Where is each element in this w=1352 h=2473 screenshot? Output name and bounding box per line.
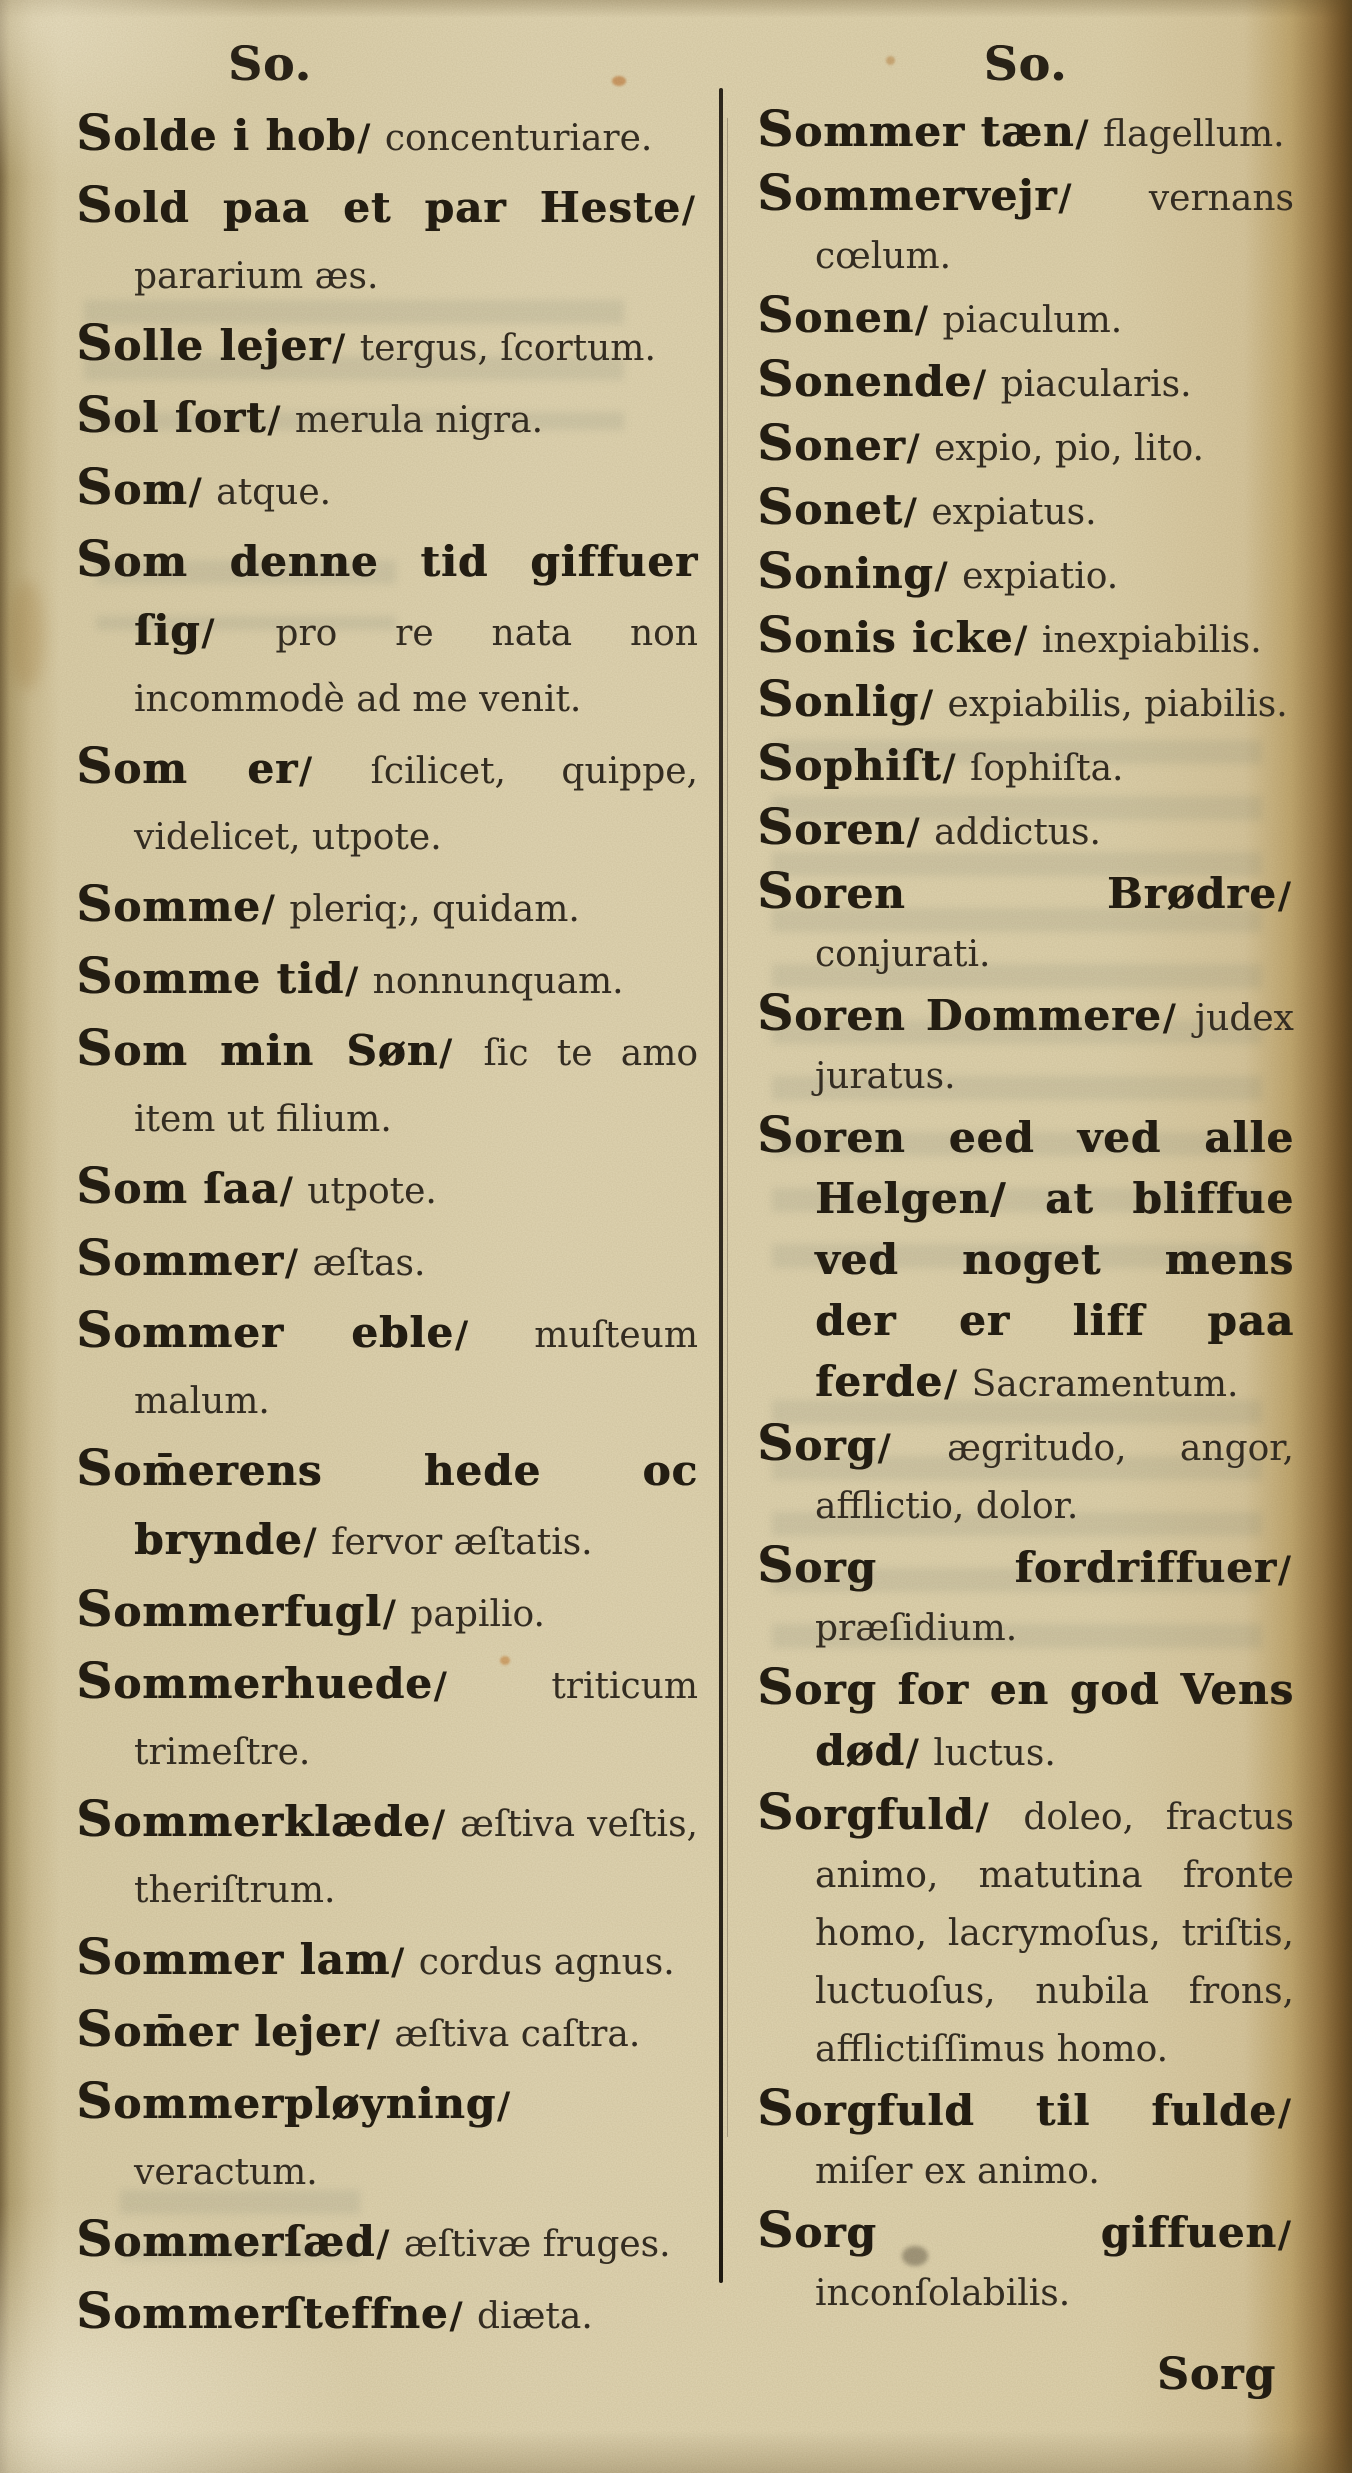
latin-translation: expiabilis, piabilis.	[936, 684, 1288, 725]
headword-initial: S	[76, 2281, 113, 2340]
headword: Sommer lam	[76, 1935, 390, 1984]
separator-slash: /	[344, 960, 361, 1002]
separator-slash: /	[448, 2295, 465, 2337]
latin-translation: addictus.	[923, 812, 1101, 853]
headword: Sorgfuld til fulde	[757, 2086, 1277, 2135]
dictionary-entry: Sonlig/ expiabilis, piabilis.	[757, 670, 1294, 734]
headword-initial: S	[757, 99, 794, 158]
headword-initial: S	[757, 1782, 794, 1841]
separator-slash: /	[188, 471, 205, 513]
dictionary-entry: Som denne tid giffuer ſig/ pro re nata n…	[76, 526, 698, 733]
scanned-page: So. Solde i hob/ concenturiare.Sold paa …	[0, 0, 1352, 2473]
dictionary-entry: Som̄erens hede oc brynde/ fervor æſtatis…	[76, 1435, 698, 1576]
separator-slash: /	[431, 1803, 448, 1845]
latin-translation: æſtiva caſtra.	[383, 2014, 640, 2055]
dictionary-entry: Sonis icke/ inexpiabilis.	[757, 606, 1294, 670]
dictionary-entry: Solle lejer/ tergus, ſcortum.	[76, 310, 698, 382]
separator-slash: /	[266, 399, 283, 441]
headword-initial: S	[757, 2078, 794, 2137]
headword: Sonet	[757, 485, 903, 534]
separator-slash: /	[1013, 619, 1030, 661]
headword-initial: S	[76, 1651, 113, 1710]
headword: Sommer tæn	[757, 107, 1074, 156]
dictionary-entry: Soren Brødre/ conjurati.	[757, 862, 1294, 984]
dictionary-entry: Sommervejr/ vernans cœlum.	[757, 164, 1294, 286]
right-column: So. Sommer tæn/ flagellum.Sommervejr/ ve…	[757, 34, 1294, 2400]
latin-translation: piaculum.	[931, 300, 1122, 341]
latin-translation: veractum.	[134, 2152, 318, 2193]
headword-initial: S	[76, 175, 113, 234]
dictionary-entry: Sommerſteffne/ diæta.	[76, 2278, 698, 2350]
latin-translation: cordus agnus.	[407, 1942, 674, 1983]
separator-slash: /	[1277, 1549, 1294, 1591]
column-divider-rule	[719, 88, 723, 2283]
dictionary-entry: Sommer lam/ cordus agnus.	[76, 1924, 698, 1996]
latin-translation: pleriq;, quidam.	[278, 889, 580, 930]
dictionary-entry: Som ſaa/ utpote.	[76, 1153, 698, 1225]
headword-initial: S	[76, 1438, 113, 1497]
headword-initial: S	[76, 946, 113, 1005]
dictionary-entry: Som̄er lejer/ æſtiva caſtra.	[76, 1996, 698, 2068]
dictionary-entry: Sommerſæd/ æſtivæ fruges.	[76, 2206, 698, 2278]
separator-slash: /	[496, 2085, 513, 2127]
headword: Solle lejer	[76, 321, 331, 370]
headword: Sommer	[76, 1236, 284, 1285]
headword: Soren	[757, 805, 906, 854]
dictionary-entry: Solde i hob/ concenturiare.	[76, 100, 698, 172]
headword-initial: S	[76, 2071, 113, 2130]
latin-translation: Sacramentum.	[960, 1364, 1238, 1405]
headword: Somme	[76, 882, 261, 931]
headword: Sommerſteffne	[76, 2289, 448, 2338]
headword: Sonende	[757, 357, 972, 406]
headword: Sommerpløyning	[76, 2079, 496, 2128]
latin-translation: piacularis.	[989, 364, 1191, 405]
headword-initial: S	[76, 874, 113, 933]
headword-initial: S	[76, 1789, 113, 1848]
dictionary-entry: Sommer/ æſtas.	[76, 1225, 698, 1297]
running-head-right: So.	[757, 34, 1294, 100]
latin-translation: fervor æſtatis.	[320, 1522, 593, 1563]
headword-initial: S	[76, 1018, 113, 1077]
headword: Soren eed ved alle Helgen/ at bliffue ve…	[757, 1113, 1294, 1406]
headword-initial: S	[757, 733, 794, 792]
headword: Som er	[76, 744, 298, 793]
headword-initial: S	[76, 385, 113, 444]
separator-slash: /	[972, 363, 989, 405]
separator-slash: /	[454, 1314, 471, 1356]
headword: Sommerhuede	[76, 1659, 433, 1708]
headword: Sommerfugl	[76, 1587, 382, 1636]
headword: Sonen	[757, 293, 914, 342]
latin-translation: inexpiabilis.	[1030, 620, 1261, 661]
latin-translation: æſtas.	[301, 1243, 425, 1284]
separator-slash: /	[261, 888, 278, 930]
dictionary-entry: Soning/ expiatio.	[757, 542, 1294, 606]
headword-initial: S	[76, 1156, 113, 1215]
headword-initial: S	[76, 2209, 113, 2268]
separator-slash: /	[1277, 2214, 1294, 2256]
headword-initial: S	[76, 1228, 113, 1287]
latin-translation: papilio.	[399, 1594, 545, 1635]
headword-initial: S	[76, 1999, 113, 2058]
dictionary-entry: Sorg/ ægritudo, angor, afflictio, dolor.	[757, 1414, 1294, 1536]
separator-slash: /	[1057, 177, 1074, 219]
latin-translation: diæta.	[466, 2296, 593, 2337]
running-head-left: So.	[76, 34, 698, 100]
headword-initial: S	[76, 103, 113, 162]
dictionary-entry: Sommer tæn/ flagellum.	[757, 100, 1294, 164]
separator-slash: /	[905, 1732, 922, 1774]
headword-initial: S	[757, 669, 794, 728]
dictionary-entry: Sonet/ expiatus.	[757, 478, 1294, 542]
dictionary-entry: Sommerpløyning/ veractum.	[76, 2068, 698, 2206]
headword-initial: S	[757, 1535, 794, 1594]
headword: Sol ſort	[76, 393, 266, 442]
latin-translation: ſophiſta.	[959, 748, 1124, 789]
separator-slash: /	[914, 299, 931, 341]
left-column: So. Solde i hob/ concenturiare.Sold paa …	[76, 34, 698, 2350]
headword: Som min Søn	[76, 1026, 438, 1075]
dictionary-entry: Sol ſort/ merula nigra.	[76, 382, 698, 454]
separator-slash: /	[943, 1363, 960, 1405]
headword: Sorg giffuen	[757, 2208, 1277, 2257]
left-column-entries: Solde i hob/ concenturiare.Sold paa et p…	[76, 100, 698, 2350]
headword: Sonlig	[757, 677, 919, 726]
separator-slash: /	[375, 2223, 392, 2265]
latin-translation: merula nigra.	[283, 400, 543, 441]
separator-slash: /	[382, 1593, 399, 1635]
headword: Sommerklæde	[76, 1797, 431, 1846]
dictionary-entry: Soren eed ved alle Helgen/ at bliffue ve…	[757, 1106, 1294, 1414]
headword-initial: S	[757, 2200, 794, 2259]
dictionary-entry: Sorg fordriffuer/ præſidium.	[757, 1536, 1294, 1658]
headword-initial: S	[757, 861, 794, 920]
headword: Sorg	[757, 1421, 877, 1470]
headword: Solde i hob	[76, 111, 356, 160]
stain	[10, 580, 44, 690]
dictionary-entry: Sorg for en god Vens død/ luctus.	[757, 1658, 1294, 1783]
separator-slash: /	[1277, 875, 1294, 917]
dictionary-entry: Sommer eble/ muſteum malum.	[76, 1297, 698, 1435]
catchword: Sorg	[757, 2349, 1294, 2400]
dictionary-entry: Sold paa et par Heste/ pararium æs.	[76, 172, 698, 310]
headword: Soren Dommere	[757, 991, 1162, 1040]
dictionary-entry: Sonen/ piaculum.	[757, 286, 1294, 350]
separator-slash: /	[200, 612, 217, 654]
headword: Somme tid	[76, 954, 344, 1003]
latin-translation: expiatus.	[920, 492, 1097, 533]
separator-slash: /	[279, 1170, 296, 1212]
latin-translation: atque.	[205, 472, 331, 513]
dictionary-entry: Som er/ ſcilicet, quippe, videlicet, utp…	[76, 733, 698, 871]
headword: Som ſaa	[76, 1164, 279, 1213]
dictionary-entry: Sophiſt/ ſophiſta.	[757, 734, 1294, 798]
headword: Sorg fordriffuer	[757, 1543, 1277, 1592]
dictionary-entry: Soner/ expio, pio, lito.	[757, 414, 1294, 478]
headword: Sommer eble	[76, 1308, 454, 1357]
separator-slash: /	[303, 1521, 320, 1563]
headword-initial: S	[76, 1927, 113, 1986]
latin-translation: utpote.	[296, 1171, 437, 1212]
headword: Soning	[757, 549, 934, 598]
separator-slash: /	[331, 327, 348, 369]
headword-initial: S	[757, 413, 794, 472]
dictionary-entry: Sommerklæde/ æſtiva veſtis, theriſtrum.	[76, 1786, 698, 1924]
headword-initial: S	[76, 1579, 113, 1638]
separator-slash: /	[356, 117, 373, 159]
headword-initial: S	[757, 163, 794, 222]
separator-slash: /	[681, 189, 698, 231]
separator-slash: /	[975, 1796, 992, 1838]
headword-initial: S	[76, 529, 113, 588]
dictionary-entry: Somme tid/ nonnunquam.	[76, 943, 698, 1015]
latin-translation: æſtivæ fruges.	[392, 2224, 670, 2265]
separator-slash: /	[906, 811, 923, 853]
headword-initial: S	[757, 541, 794, 600]
dictionary-entry: Somme/ pleriq;, quidam.	[76, 871, 698, 943]
headword-initial: S	[757, 1413, 794, 1472]
headword: Soren Brødre	[757, 869, 1277, 918]
latin-translation: pararium æs.	[134, 256, 378, 297]
dictionary-entry: Som min Søn/ ſic te amo item ut filium.	[76, 1015, 698, 1153]
latin-translation: inconſolabilis.	[815, 2273, 1070, 2314]
latin-translation: pro re nata non incommodè ad me venit.	[134, 613, 698, 720]
separator-slash: /	[906, 427, 923, 469]
latin-translation: expiatio.	[951, 556, 1119, 597]
latin-translation: flagellum.	[1092, 114, 1285, 155]
dictionary-entry: Soren/ addictus.	[757, 798, 1294, 862]
latin-translation: miſer ex animo.	[815, 2151, 1100, 2192]
headword-initial: S	[76, 736, 113, 795]
headword-initial: S	[757, 1657, 794, 1716]
dictionary-entry: Sonende/ piacularis.	[757, 350, 1294, 414]
right-column-entries: Sommer tæn/ flagellum.Sommervejr/ vernan…	[757, 100, 1294, 2323]
separator-slash: /	[284, 1242, 301, 1284]
dictionary-entry: Som/ atque.	[76, 454, 698, 526]
latin-translation: præſidium.	[815, 1608, 1017, 1649]
dictionary-entry: Sommerfugl/ papilio.	[76, 1576, 698, 1648]
separator-slash: /	[919, 683, 936, 725]
headword: Sommervejr	[757, 171, 1057, 220]
separator-slash: /	[298, 750, 315, 792]
headword: Som̄er lejer	[76, 2007, 366, 2056]
headword-initial: S	[757, 605, 794, 664]
dictionary-entry: Sorgfuld/ doleo, fractus animo, matutina…	[757, 1783, 1294, 2079]
latin-translation: conjurati.	[815, 934, 990, 975]
dictionary-entry: Soren Dommere/ judex juratus.	[757, 984, 1294, 1106]
separator-slash: /	[433, 1665, 450, 1707]
headword-initial: S	[757, 285, 794, 344]
separator-slash: /	[366, 2013, 383, 2055]
headword-initial: S	[757, 983, 794, 1042]
separator-slash: /	[941, 747, 958, 789]
separator-slash: /	[438, 1032, 455, 1074]
headword: Soner	[757, 421, 906, 470]
dictionary-entry: Sommerhuede/ triticum trimeſtre.	[76, 1648, 698, 1786]
headword-initial: S	[757, 797, 794, 856]
headword-initial: S	[76, 457, 113, 516]
headword: Sold paa et par Heste	[76, 183, 681, 232]
separator-slash: /	[1074, 113, 1091, 155]
separator-slash: /	[877, 1427, 894, 1469]
headword-initial: S	[757, 1105, 794, 1164]
latin-translation: nonnunquam.	[361, 961, 623, 1002]
separator-slash: /	[903, 491, 920, 533]
latin-translation: expio, pio, lito.	[923, 428, 1204, 469]
latin-translation: concenturiare.	[373, 118, 652, 159]
separator-slash: /	[1162, 997, 1179, 1039]
headword-initial: S	[757, 349, 794, 408]
headword: Sophiſt	[757, 741, 941, 790]
separator-slash: /	[1277, 2092, 1294, 2134]
headword: Sorgfuld	[757, 1790, 975, 1839]
headword-initial: S	[76, 1300, 113, 1359]
latin-translation: luctus.	[922, 1733, 1056, 1774]
dictionary-entry: Sorgfuld til fulde/ miſer ex animo.	[757, 2079, 1294, 2201]
headword: Som	[76, 465, 188, 514]
headword-initial: S	[76, 313, 113, 372]
dictionary-entry: Sorg giffuen/ inconſolabilis.	[757, 2201, 1294, 2323]
headword: Sommerſæd	[76, 2217, 375, 2266]
headword-initial: S	[757, 477, 794, 536]
separator-slash: /	[390, 1941, 407, 1983]
headword: Sonis icke	[757, 613, 1013, 662]
separator-slash: /	[934, 555, 951, 597]
latin-translation: tergus, ſcortum.	[348, 328, 656, 369]
